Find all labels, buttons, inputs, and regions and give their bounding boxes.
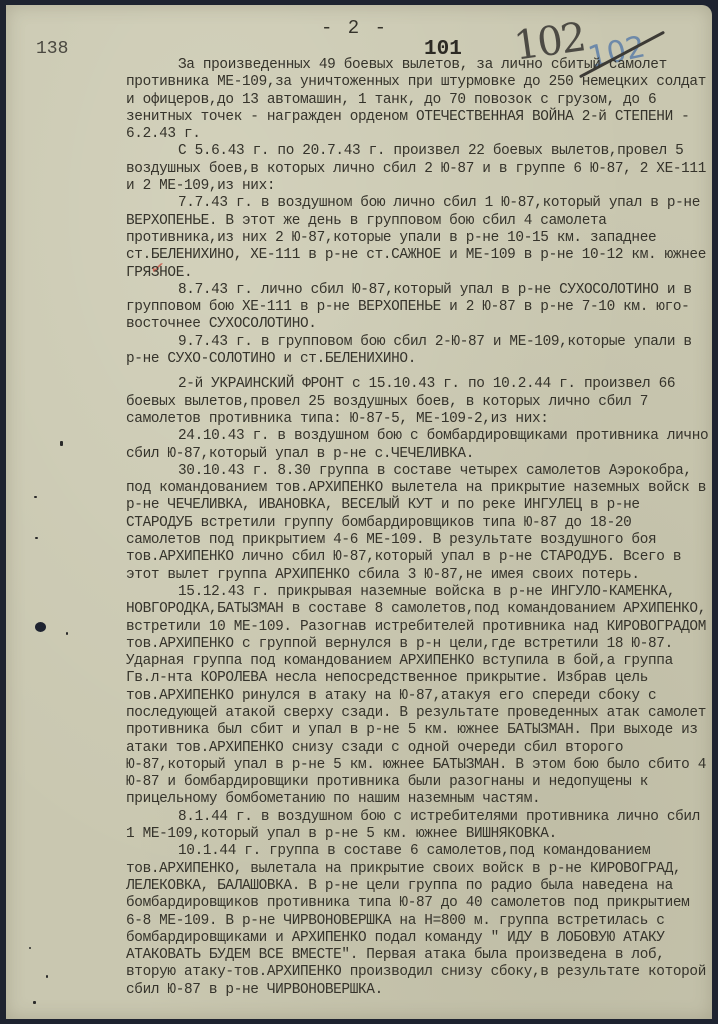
paragraph-summer-1943: С 5.6.43 г. по 20.7.43 г. произвел 22 бо… [126,143,712,195]
paper-speck [29,947,31,949]
paragraph-7-7-43: 7.7.43 г. в воздушном бою лично сбил 1 Ю… [126,195,712,281]
paragraph-10-1-44: 10.1.44 г. группа в составе 6 самолетов,… [126,843,712,999]
paragraph-2nd-ukrainian-front: 2-й УКРАИНСКИЙ ФРОНТ с 15.10.43 г. по 10… [126,376,712,428]
paragraph-9-7-43: 9.7.43 г. в групповом бою сбил 2-Ю-87 и … [126,334,712,369]
paper-speck [34,496,37,498]
paragraph-8-1-44: 8.1.44 г. в воздушном бою с истребителям… [126,809,712,844]
paragraph-award: За произведенных 49 боевых вылетов, за л… [126,57,712,143]
document-body: За произведенных 49 боевых вылетов, за л… [126,57,712,999]
paragraph-15-12-43: 15.12.43 г. прикрывая наземные войска в … [126,584,712,809]
paper-speck [33,1001,36,1004]
paper-speck [35,537,38,539]
page-marker: - 2 - [321,17,388,39]
paragraph-30-10-43: 30.10.43 г. 8.30 группа в составе четыре… [126,463,712,584]
paragraph-8-7-43: 8.7.43 г. лично сбил Ю-87,который упал в… [126,282,712,334]
paper-speck [60,441,63,446]
paper-speck [46,975,48,978]
document-page: - 2 - 138 101 102 102 ✓ За произведенных… [6,5,712,1019]
archive-number: 138 [36,39,68,59]
paper-speck [66,632,68,635]
punch-hole [35,622,46,632]
paragraph-24-10-43: 24.10.43 г. в воздушном бою с бомбардиро… [126,428,712,463]
